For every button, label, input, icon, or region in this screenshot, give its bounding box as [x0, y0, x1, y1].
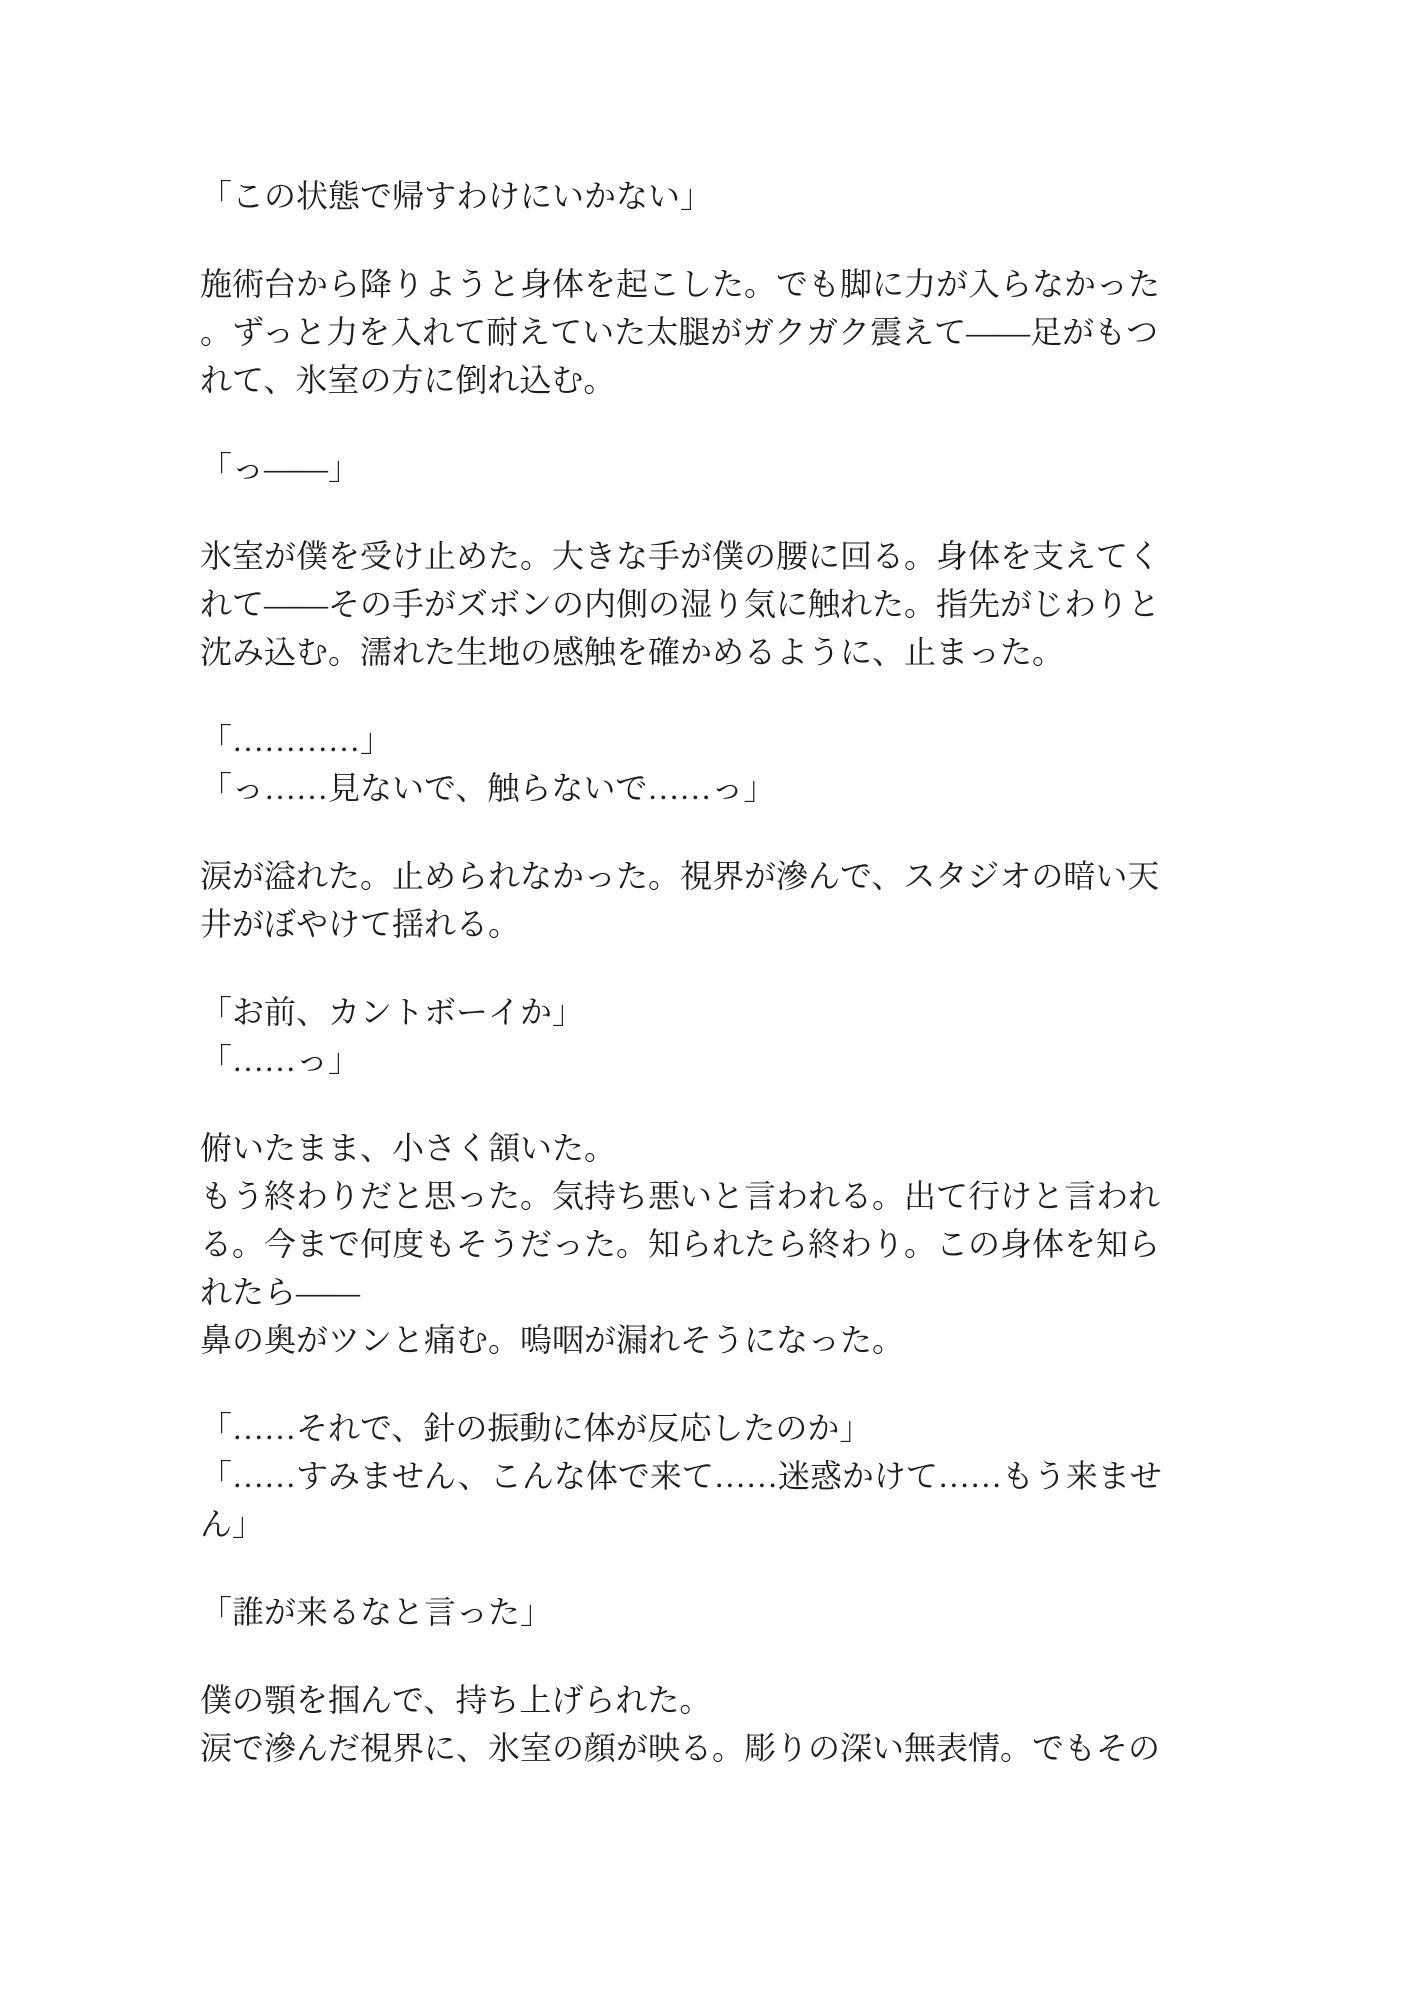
- narration-paragraph: 俯いたまま、小さく頷いた。 もう終わりだと思った。気持ち悪いと言われる。出て行け…: [200, 1124, 1200, 1364]
- narration-paragraph: 氷室が僕を受け止めた。大きな手が僕の腰に回る。身体を支えてく れて――その手がズ…: [200, 532, 1200, 676]
- dialogue-line: 「……それで、針の振動に体が反応したのか」 「……すみません、こんな体で来て………: [200, 1404, 1200, 1548]
- narration-paragraph: 涙が溢れた。止められなかった。視界が滲んで、スタジオの暗い天 井がぼやけて揺れる…: [200, 852, 1200, 948]
- narration-paragraph: 施術台から降りようと身体を起こした。でも脚に力が入らなかった 。ずっと力を入れて…: [200, 260, 1200, 404]
- dialogue-line: 「っ――」: [200, 444, 1200, 492]
- dialogue-line: 「お前、カントボーイか」 「……っ」: [200, 988, 1200, 1084]
- narration-paragraph: 僕の顎を掴んで、持ち上げられた。 涙で滲んだ視界に、氷室の顔が映る。彫りの深い無…: [200, 1676, 1200, 1772]
- document-page: 「この状態で帰すわけにいかない」 施術台から降りようと身体を起こした。でも脚に力…: [0, 0, 1415, 2000]
- dialogue-line: 「…………」 「っ……見ないで、触らないで……っ」: [200, 716, 1200, 812]
- dialogue-line: 「誰が来るなと言った」: [200, 1588, 1200, 1636]
- dialogue-line: 「この状態で帰すわけにいかない」: [200, 172, 1200, 220]
